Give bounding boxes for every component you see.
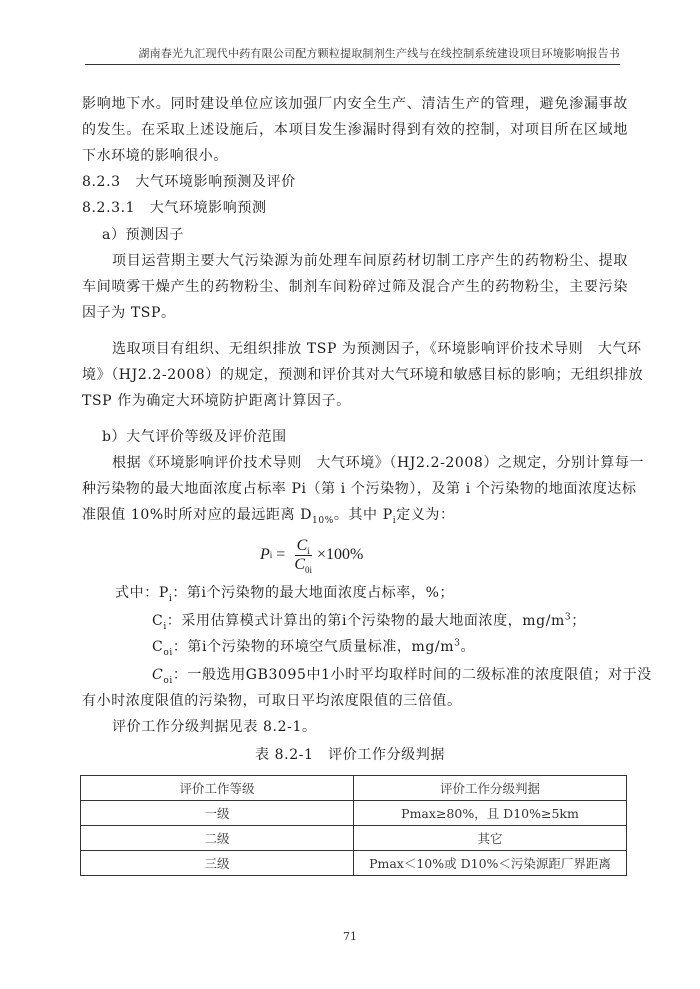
- definition-coi-note: Coi：一般选用GB3095中1小时平均取样时间的二级标准的浓度限值；对于没: [152, 666, 698, 684]
- text: 准限值 10%时所对应的最远距离 D: [82, 507, 312, 523]
- paragraph-line: 车间喷雾干燥产生的药物粉尘、制剂车间粉碎过筛及混合产生的药物粉尘，主要污染: [82, 278, 628, 296]
- paragraph-line: TSP 作为确定大环境防护距离计算因子。: [82, 392, 628, 410]
- formula-pi: Pi = Ci C0i ×100%: [260, 533, 363, 577]
- definition-ci: Ci：采用估算模式计算出的第i个污染物的最大地面浓度，mg/m3；: [152, 612, 698, 630]
- definition-coi-note-cont: 有小时浓度限值的污染物，可取日平均浓度限值的三倍值。: [82, 692, 628, 710]
- table-row: 一级 Pmax≥80%，且 D10%≥5km: [81, 801, 627, 826]
- text: ：第i个污染物的最大地面浓度占标率，%；: [172, 585, 454, 601]
- table-cell: Pmax≥80%，且 D10%≥5km: [354, 801, 627, 826]
- formula-tail: ×100%: [317, 546, 363, 564]
- symbol: P: [159, 585, 169, 601]
- page-header: 湖南春光九汇现代中药有限公司配方颗粒提取制剂生产线与在线控制系统建设项目环境影响…: [85, 46, 620, 65]
- section-heading-8-2-3: 8.2.3 大气环境影响预测及评价: [82, 173, 628, 191]
- text: ：第i个污染物的环境空气质量标准，mg/m: [173, 639, 454, 655]
- formula-lhs: P: [260, 546, 270, 564]
- table-header-cell: 评价工作等级: [81, 776, 354, 801]
- paragraph-line: 选取项目有组织、无组织排放 TSP 为预测因子，《环境影响评价技术导则 大气环: [112, 340, 628, 358]
- text: 。: [460, 639, 475, 655]
- table-header-cell: 评价工作分级判据: [354, 776, 627, 801]
- table-row: 三级 Pmax＜10%或 D10%＜污染源距厂界距离: [81, 851, 627, 876]
- table-cell: Pmax＜10%或 D10%＜污染源距厂界距离: [354, 851, 627, 876]
- text: ；: [571, 613, 586, 629]
- table-row: 二级 其它: [81, 826, 627, 851]
- paragraph-line: 种污染物的最大地面浓度占标率 Pi（第 i 个污染物），及第 i 个污染物的地面…: [82, 480, 628, 498]
- table-reference: 评价工作分级判据见表 8.2-1。: [112, 718, 658, 736]
- paragraph-line: 影响地下水。同时建设单位应该加强厂内安全生产、清洁生产的管理，避免渗漏事故: [82, 95, 628, 113]
- paragraph-line: 下水环境的影响很小。: [82, 147, 628, 165]
- symbol: C: [152, 667, 163, 683]
- table-cell: 二级: [81, 826, 354, 851]
- paragraph-line: 因子为 TSP。: [82, 304, 628, 322]
- grade-criteria-table: 评价工作等级 评价工作分级判据 一级 Pmax≥80%，且 D10%≥5km 二…: [80, 775, 627, 876]
- text: 定义为：: [396, 507, 454, 523]
- subheading-b: b）大气评价等级及评价范围: [102, 428, 648, 446]
- paragraph-line: 的发生。在采取上述设施后，本项目发生渗漏时得到有效的控制，对项目所在区域地: [82, 121, 628, 139]
- paragraph-line: 根据《环境影响评价技术导则 大气环境》（HJ2.2-2008）之规定，分别计算每…: [112, 454, 628, 472]
- formula-equals: =: [272, 546, 289, 564]
- formula-numerator: Ci: [295, 537, 312, 556]
- definition-pi: 式中：Pi：第i个污染物的最大地面浓度占标率，%；: [115, 584, 661, 602]
- formula-fraction: Ci C0i: [292, 537, 314, 574]
- table-caption: 表 8.2-1 评价工作分级判据: [0, 746, 700, 764]
- formula-denominator: C0i: [292, 556, 314, 574]
- paragraph-line: 准限值 10%时所对应的最远距离 D10%。其中 Pi定义为：: [82, 506, 628, 524]
- subscript: 10%: [312, 516, 334, 526]
- page-number: 71: [0, 930, 700, 943]
- text: 。其中 P: [334, 507, 393, 523]
- section-heading-8-2-3-1: 8.2.3.1 大气环境影响预测: [82, 199, 628, 217]
- subscript: oi: [163, 676, 173, 686]
- table-header-row: 评价工作等级 评价工作分级判据: [81, 776, 627, 801]
- text: ：一般选用GB3095中1小时平均取样时间的二级标准的浓度限值；对于没: [173, 667, 652, 683]
- definition-coi: Coi：第i个污染物的环境空气质量标准，mg/m3。: [152, 638, 698, 656]
- symbol: C: [152, 639, 163, 655]
- table-cell: 三级: [81, 851, 354, 876]
- symbol: C: [152, 613, 163, 629]
- paragraph-line: 境》（HJ2.2-2008）的规定，预测和评价其对大气环境和敏感目标的影响；无组…: [82, 366, 628, 384]
- table-cell: 其它: [354, 826, 627, 851]
- header-title: 湖南春光九汇现代中药有限公司配方颗粒提取制剂生产线与在线控制系统建设项目环境影响…: [138, 47, 620, 60]
- paragraph-line: 项目运营期主要大气污染源为前处理车间原药材切制工序产生的药物粉尘、提取: [112, 252, 628, 270]
- table-cell: 一级: [81, 801, 354, 826]
- subheading-a: a）预测因子: [102, 226, 648, 244]
- subscript: oi: [163, 648, 173, 658]
- definition-prefix: 式中：: [115, 585, 159, 601]
- text: ：采用估算模式计算出的第i个污染物的最大地面浓度，mg/m: [167, 613, 565, 629]
